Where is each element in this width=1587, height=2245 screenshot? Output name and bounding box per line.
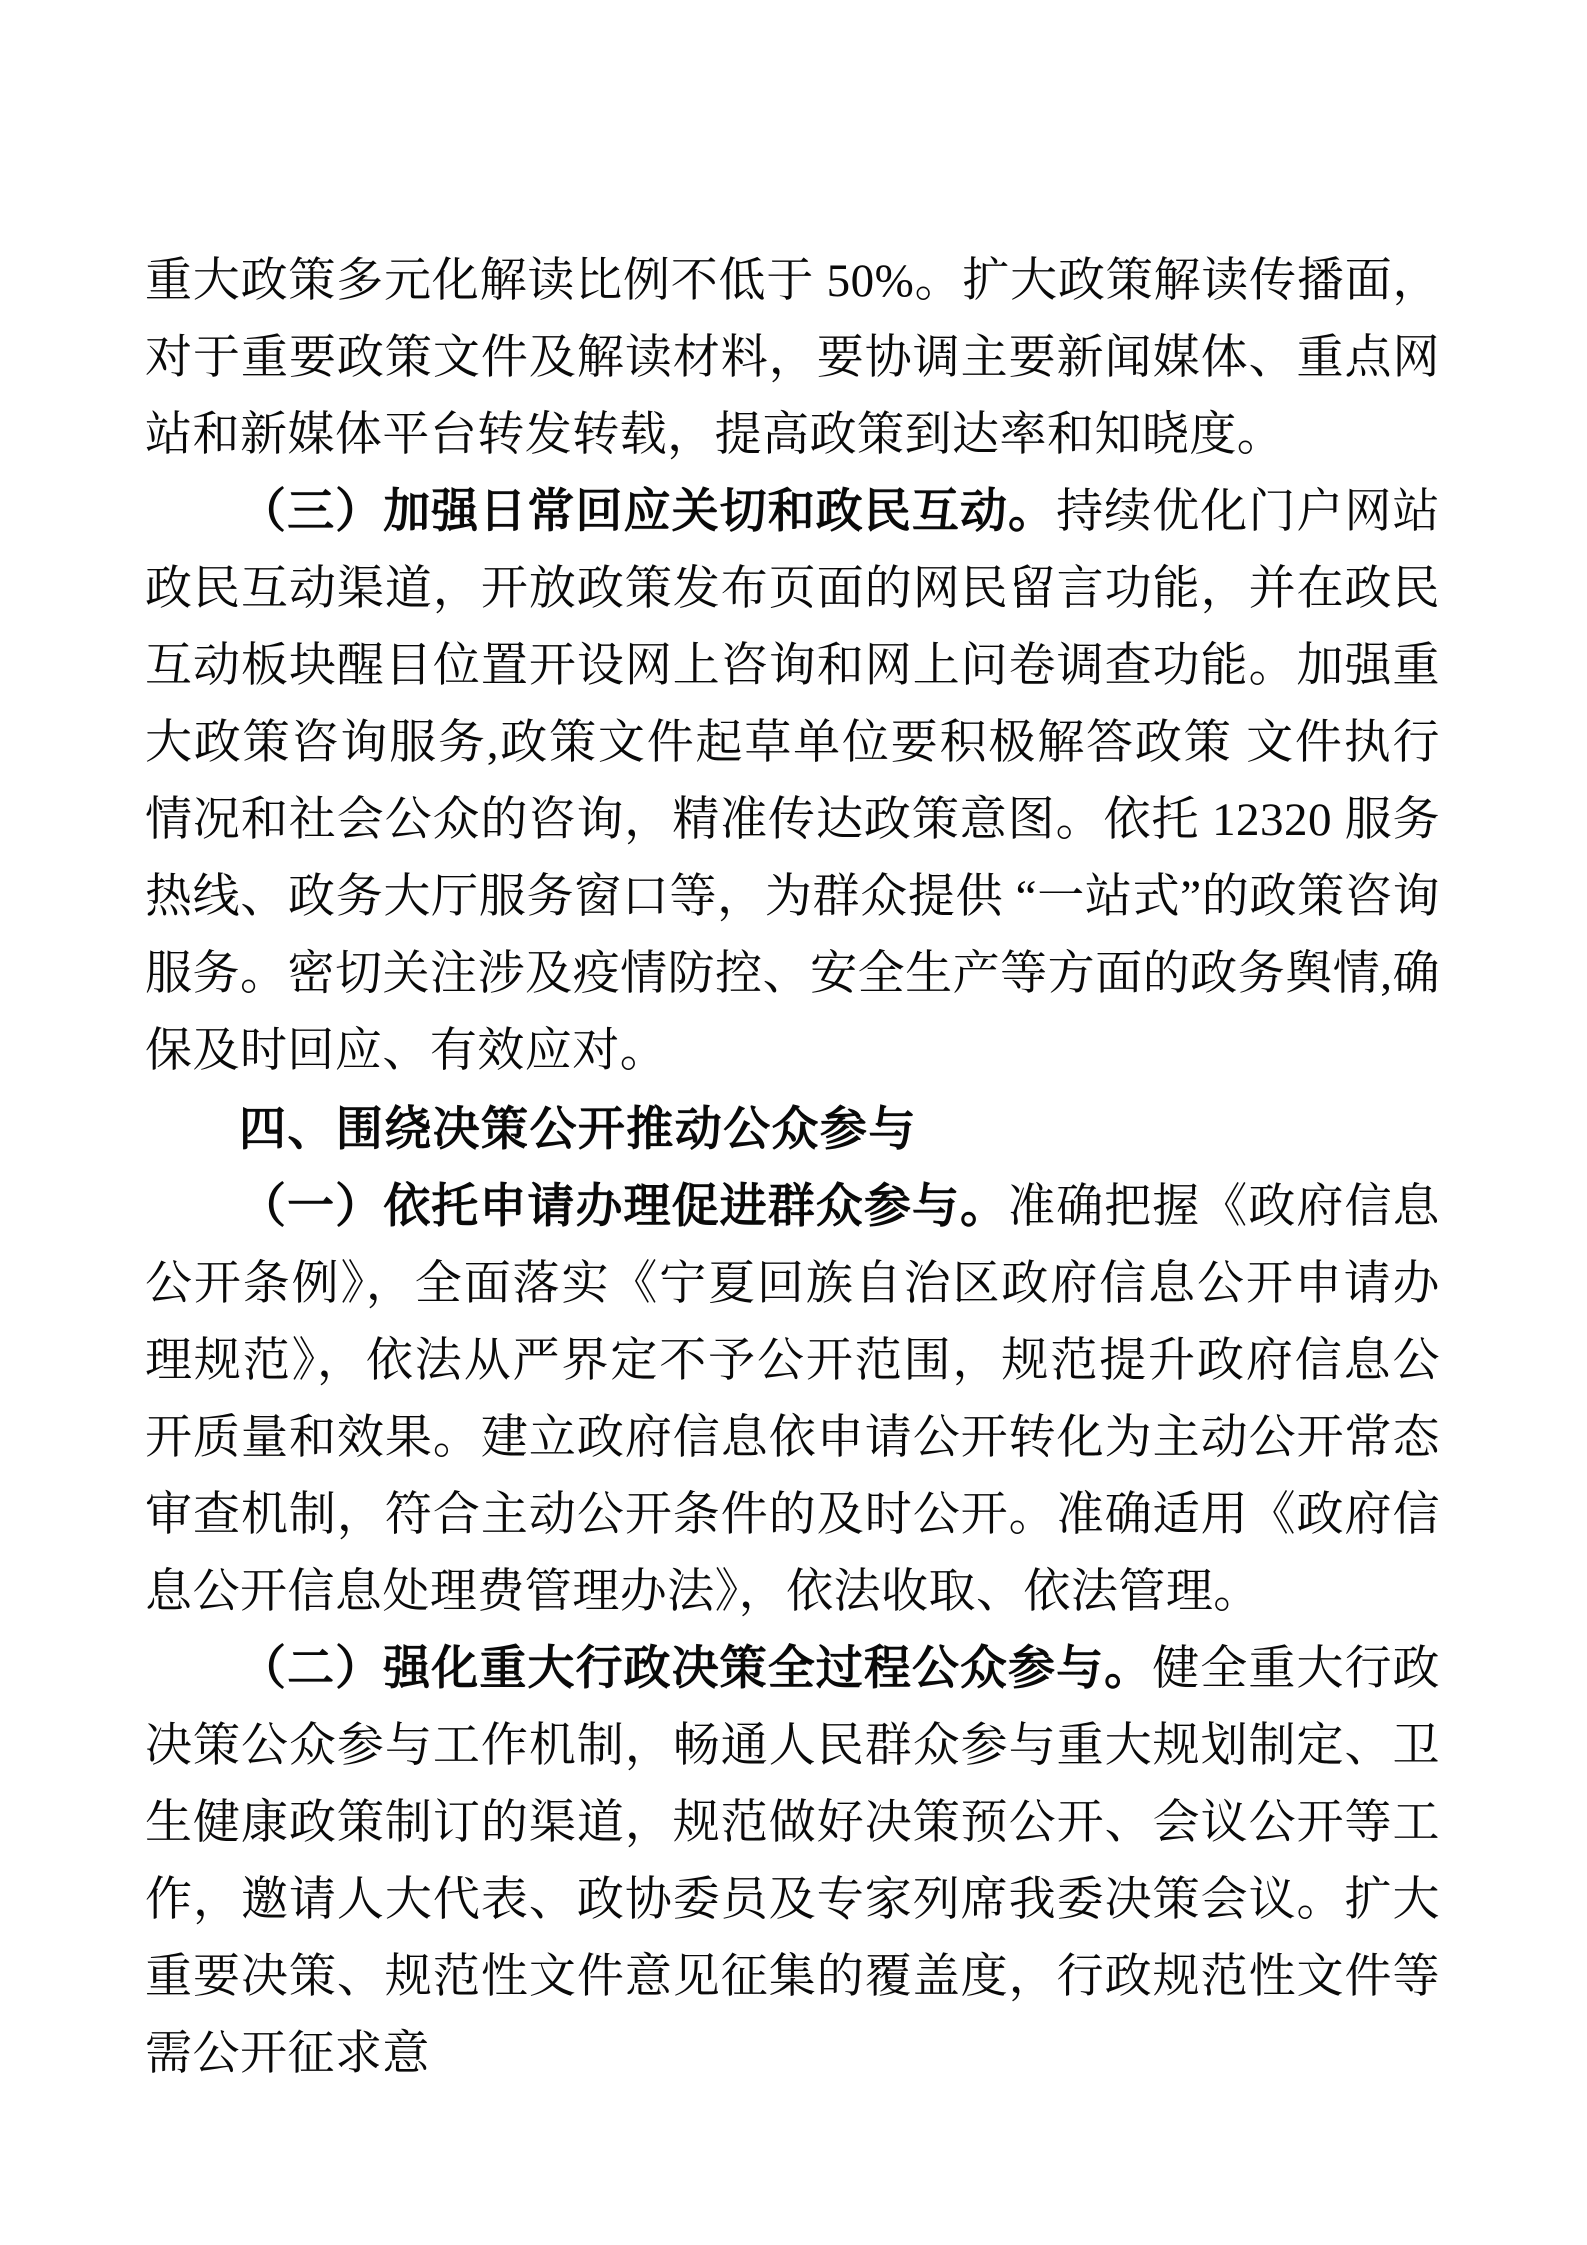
paragraph-lead-bold: （三）加强日常回应关切和政民互动。 [239,486,1056,538]
section-heading-4: 四、围绕决策公开推动公众参与 [145,1090,1440,1169]
section-heading-text: 四、围绕决策公开推动公众参与 [239,1102,917,1155]
paragraph-continuation: 重大政策多元化解读比例不低于 50%。扩大政策解读传播面，对于重要政策文件及解读… [145,243,1440,474]
paragraph-section-3: （三）加强日常回应关切和政民互动。持续优化门户网站政民互动渠道，开放政策发布页面… [145,474,1440,1090]
paragraph-lead-bold: （一）依托申请办理促进群众参与。 [239,1181,1008,1233]
paragraph-text: 持续优化门户网站政民互动渠道，开放政策发布页面的网民留言功能，并在政民互动板块醒… [145,486,1440,1077]
paragraph-lead-bold: （二）强化重大行政决策全过程公众参与。 [239,1643,1152,1695]
paragraph-text: 重大政策多元化解读比例不低于 50%。扩大政策解读传播面，对于重要政策文件及解读… [145,255,1440,461]
paragraph-text: 准确把握《政府信息公开条例》，全面落实《宁夏回族自治区政府信息公开申请办理规范》… [145,1181,1440,1618]
paragraph-item-1: （一）依托申请办理促进群众参与。准确把握《政府信息公开条例》，全面落实《宁夏回族… [145,1169,1440,1631]
document-page: 重大政策多元化解读比例不低于 50%。扩大政策解读传播面，对于重要政策文件及解读… [0,0,1587,2245]
paragraph-item-2: （二）强化重大行政决策全过程公众参与。健全重大行政决策公众参与工作机制，畅通人民… [145,1631,1440,2093]
paragraph-text: 健全重大行政决策公众参与工作机制，畅通人民群众参与重大规划制定、卫生健康政策制订… [145,1643,1440,2080]
